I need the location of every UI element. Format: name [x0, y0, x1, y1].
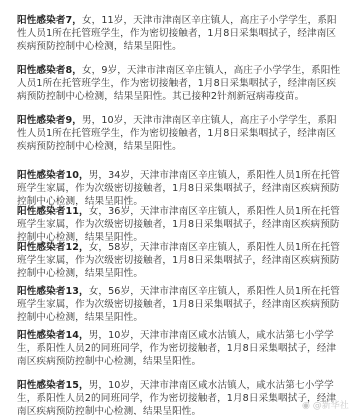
case-label: 阳性感染者10，: [17, 170, 89, 181]
case-label: 阳性感染者12，: [17, 242, 89, 253]
case-paragraph-8: 阳性感染者8，女，9岁，天津市津南区辛庄镇人，高庄子小学学生，系阳性人员1所在托…: [17, 64, 345, 104]
case-paragraph-10: 阳性感染者10，男，34岁，天津市津南区辛庄镇人，系阳性人员1所在托管班学生家属…: [17, 169, 345, 209]
case-label: 阳性感染者15，: [17, 380, 89, 391]
case-label: 阳性感染者8，: [17, 65, 82, 76]
case-label: 阳性感染者7，: [17, 15, 82, 26]
case-label: 阳性感染者11，: [17, 206, 89, 217]
case-label: 阳性感染者9，: [17, 115, 82, 126]
case-paragraph-15: 阳性感染者15，男，10岁，天津市津南区咸水沽镇人，咸水沽第七小学学生，系阳性人…: [17, 379, 345, 415]
case-paragraph-7: 阳性感染者7，女，11岁，天津市津南区辛庄镇人，高庄子小学学生，系阳性人员1所在…: [17, 14, 345, 54]
watermark-text: @新华社: [313, 401, 349, 411]
case-label: 阳性感染者14，: [17, 330, 89, 341]
case-paragraph-9: 阳性感染者9，男，10岁，天津市津南区辛庄镇人，高庄子小学学生，系阳性人员1所在…: [17, 114, 345, 154]
case-paragraph-14: 阳性感染者14，男，10岁，天津市津南区咸水沽镇人，咸水沽第七小学学生，系阳性人…: [17, 329, 345, 369]
weibo-logo-icon: ◉: [302, 401, 310, 411]
case-paragraph-11: 阳性感染者11，女，36岁，天津市津南区辛庄镇人，系阳性人员1所在托管班学生家属…: [17, 205, 345, 245]
case-label: 阳性感染者13，: [17, 286, 89, 297]
case-paragraph-12: 阳性感染者12，女，58岁，天津市津南区辛庄镇人，系阳性人员1所在托管班学生家属…: [17, 241, 345, 281]
watermark: ◉ @新华社: [302, 398, 349, 411]
case-paragraph-13: 阳性感染者13，女，56岁，天津市津南区辛庄镇人，系阳性人员1所在托管班学生家属…: [17, 285, 345, 325]
